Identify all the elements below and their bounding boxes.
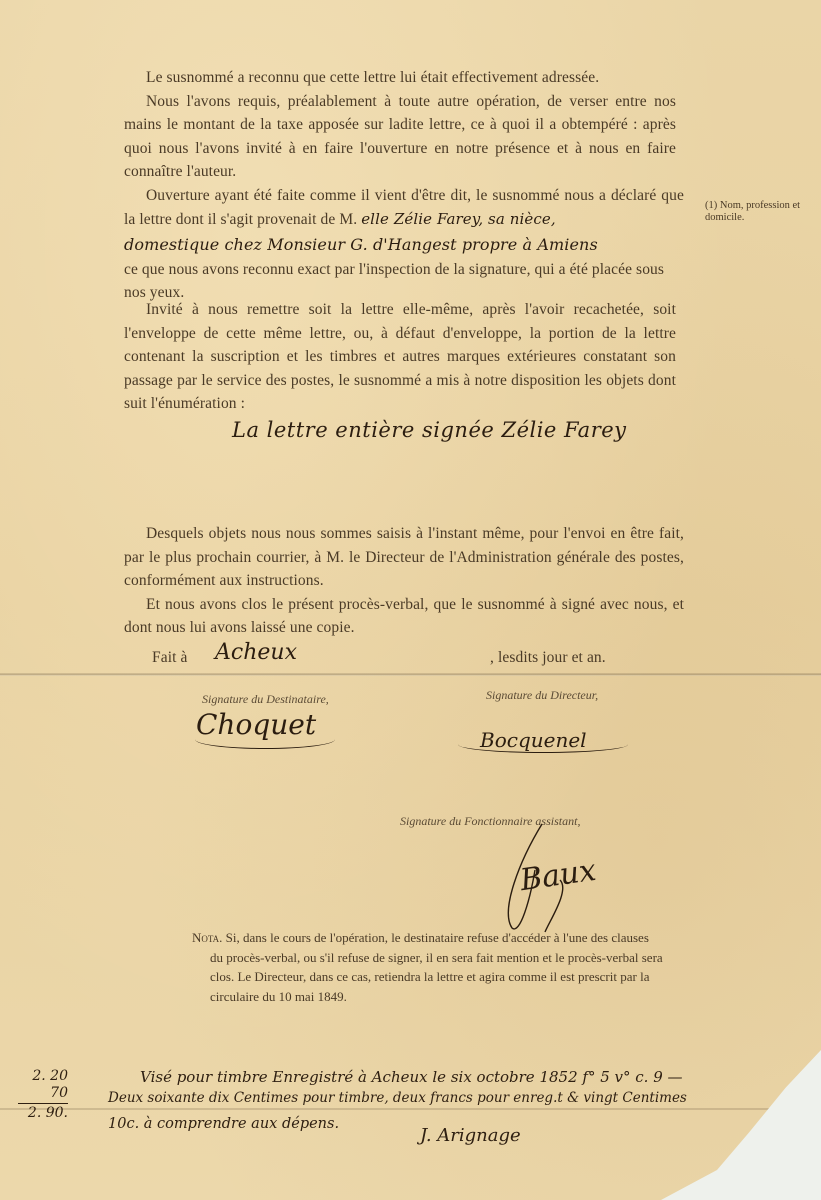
fait-a-suffix: , lesdits jour et an. (490, 646, 606, 670)
fait-a-label: Fait à (152, 646, 187, 670)
signature-underline (458, 736, 628, 753)
fee-amount-1: 2. 20 (18, 1068, 68, 1085)
fee-calculation: 2. 20 70 2. 90. (18, 1068, 68, 1122)
nota-first-line: Si, dans le cours de l'opération, le des… (222, 930, 648, 945)
fee-total: 2. 90. (18, 1105, 68, 1122)
label-signature-destinataire: Signature du Destinataire, (202, 692, 329, 707)
fold-line (0, 673, 821, 676)
sum-rule (18, 1103, 68, 1104)
fold-line-bottom (0, 1108, 821, 1110)
handwritten-sender: elle Zélie Farey, sa nièce, (361, 210, 556, 228)
handwritten-sender-address: domestique chez Monsieur G. d'Hangest pr… (124, 235, 598, 254)
paragraph-seizure: Desquels objets nous nous sommes saisis … (124, 522, 684, 593)
text-block-invitation: Invité à nous remettre soit la lettre el… (124, 298, 676, 416)
nota-label: Nota. (192, 930, 222, 945)
paragraph-invitation: Invité à nous remettre soit la lettre el… (124, 298, 676, 416)
registration-line-3: 10c. à comprendre aux dépens. (108, 1116, 339, 1132)
paragraph-closure: Et nous avons clos le présent procès-ver… (124, 593, 684, 640)
signature-underline (195, 730, 335, 749)
nota-block: Nota. Si, dans le cours de l'opération, … (192, 928, 687, 1006)
signature-flourish (490, 820, 580, 935)
registration-line-2: Deux soixante dix Centimes pour timbre, … (108, 1090, 687, 1106)
fee-amount-2: 70 (18, 1085, 68, 1102)
paragraph-tax-request: Nous l'avons requis, préalablement à tou… (124, 90, 676, 184)
nota-rest: du procès-verbal, ou s'il refuse de sign… (192, 948, 687, 1007)
label-signature-directeur: Signature du Directeur, (486, 688, 598, 703)
text-block-opening: Ouverture ayant été faite comme il vient… (124, 184, 684, 305)
text-block-closing: Desquels objets nous nous sommes saisis … (124, 522, 684, 640)
registration-line-1: Visé pour timbre Enregistré à Acheux le … (140, 1068, 683, 1086)
text-block-top: Le susnommé a reconnu que cette lettre l… (124, 66, 676, 184)
handwritten-enumeration: La lettre entière signée Zélie Farey (232, 418, 627, 442)
footnote-margin: (1) Nom, profession et domicile. (705, 200, 815, 224)
paragraph-recognition: Le susnommé a reconnu que cette lettre l… (124, 66, 676, 90)
registration-signature: J. Arignage (420, 1125, 521, 1146)
handwritten-place: Acheux (215, 640, 297, 665)
